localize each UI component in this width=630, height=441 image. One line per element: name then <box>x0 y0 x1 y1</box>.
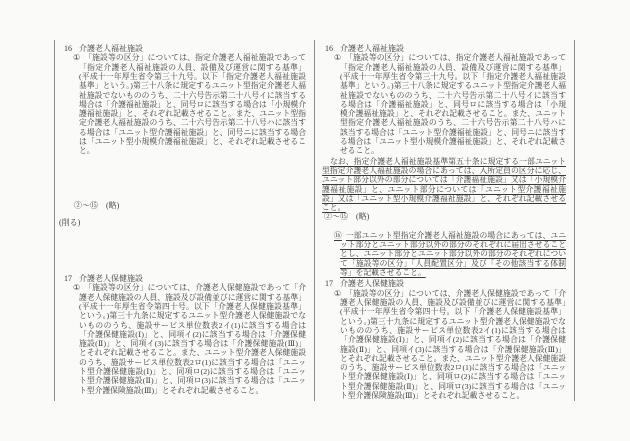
left-section-17: 17介護老人保健施設 ①「施設等の区分」については、介護老人保健施設であって「介… <box>55 274 313 395</box>
section-number: 17 <box>325 279 340 288</box>
underlined-addition-text: なお、指定介護老人福祉施設基準第五十条に規定する一部ユニット型指定介護老人福祉施… <box>322 157 566 212</box>
item-1-text: 「施設等の区分」については、介護老人保健施設であって「介護老人保健施設の人員、施… <box>340 289 566 400</box>
right-flow: 16介護老人福祉施設 ①「施設等の区分」については、指定介護老人福祉施設であって… <box>316 44 573 400</box>
deleted-note: (削る) <box>55 218 313 227</box>
item-1-text: 「施設等の区分」については、介護老人保健施設であって「介護老人保健施設の人員、施… <box>79 283 306 394</box>
item-1-marker: ① <box>334 53 341 62</box>
section-title: 介護老人保健施設 <box>340 279 404 288</box>
section-17-item-1: ①「施設等の区分」については、介護老人保健施設であって「介護老人保健施設の人員、… <box>316 289 573 401</box>
item-1-marker: ① <box>73 53 80 62</box>
column-divider <box>314 40 315 401</box>
section-16-item-1-addition: なお、指定介護老人福祉施設基準第五十条に規定する一部ユニット型指定介護老人福祉施… <box>316 157 573 213</box>
section-16-heading: 16介護老人福祉施設 <box>316 44 573 53</box>
section-number: 16 <box>64 44 79 53</box>
item-1-text: 「施設等の区分」については、指定介護老人福祉施設であって「指定介護老人福祉施設の… <box>79 53 306 155</box>
section-title: 介護老人保健施設 <box>79 274 143 283</box>
section-16-item-16: ⑯一部ユニット型指定介護老人福祉施設の場合にあっては、ユニット部分とユニット部分… <box>316 231 573 277</box>
section-16-item-1: ①「施設等の区分」については、指定介護老人福祉施設であって「指定介護老人福祉施設… <box>55 53 313 155</box>
column-amended: 16介護老人福祉施設 ①「施設等の区分」については、指定介護老人福祉施設であって… <box>55 40 313 401</box>
section-17-heading: 17介護老人保健施設 <box>55 274 313 283</box>
section-17-item-1: ①「施設等の区分」については、介護老人保健施設であって「介護老人保健施設の人員、… <box>55 283 313 395</box>
column-current: 16介護老人福祉施設 ①「施設等の区分」については、指定介護老人福祉施設であって… <box>316 40 573 401</box>
section-title: 介護老人福祉施設 <box>340 44 404 53</box>
elided-items-note: ②～⑮ (略) <box>55 201 313 210</box>
item-16-marker: ⑯ <box>334 231 342 240</box>
item-1-marker: ① <box>73 283 80 292</box>
item-1-text: 「施設等の区分」については、指定介護老人福祉施設であって「指定介護老人福祉施設の… <box>340 53 566 155</box>
item-16-text: 一部ユニット型指定介護老人福祉施設の場合にあっては、ユニット部分とユニット部分以… <box>340 231 566 277</box>
item-1-marker: ① <box>334 289 341 298</box>
section-number: 16 <box>325 44 340 53</box>
section-17-heading: 17介護老人保健施設 <box>316 279 573 288</box>
section-16-item-1: ①「施設等の区分」については、指定介護老人福祉施設であって「指定介護老人福祉施設… <box>316 53 573 155</box>
left-section-16: 16介護老人福祉施設 ①「施設等の区分」については、指定介護老人福祉施設であって… <box>55 44 313 156</box>
elided-items-note: ②～⑮ (略) <box>316 212 573 221</box>
section-number: 17 <box>64 274 79 283</box>
section-16-heading: 16介護老人福祉施設 <box>55 44 313 53</box>
comparison-table: 16介護老人福祉施設 ①「施設等の区分」については、指定介護老人福祉施設であって… <box>54 40 575 401</box>
section-title: 介護老人福祉施設 <box>79 44 143 53</box>
